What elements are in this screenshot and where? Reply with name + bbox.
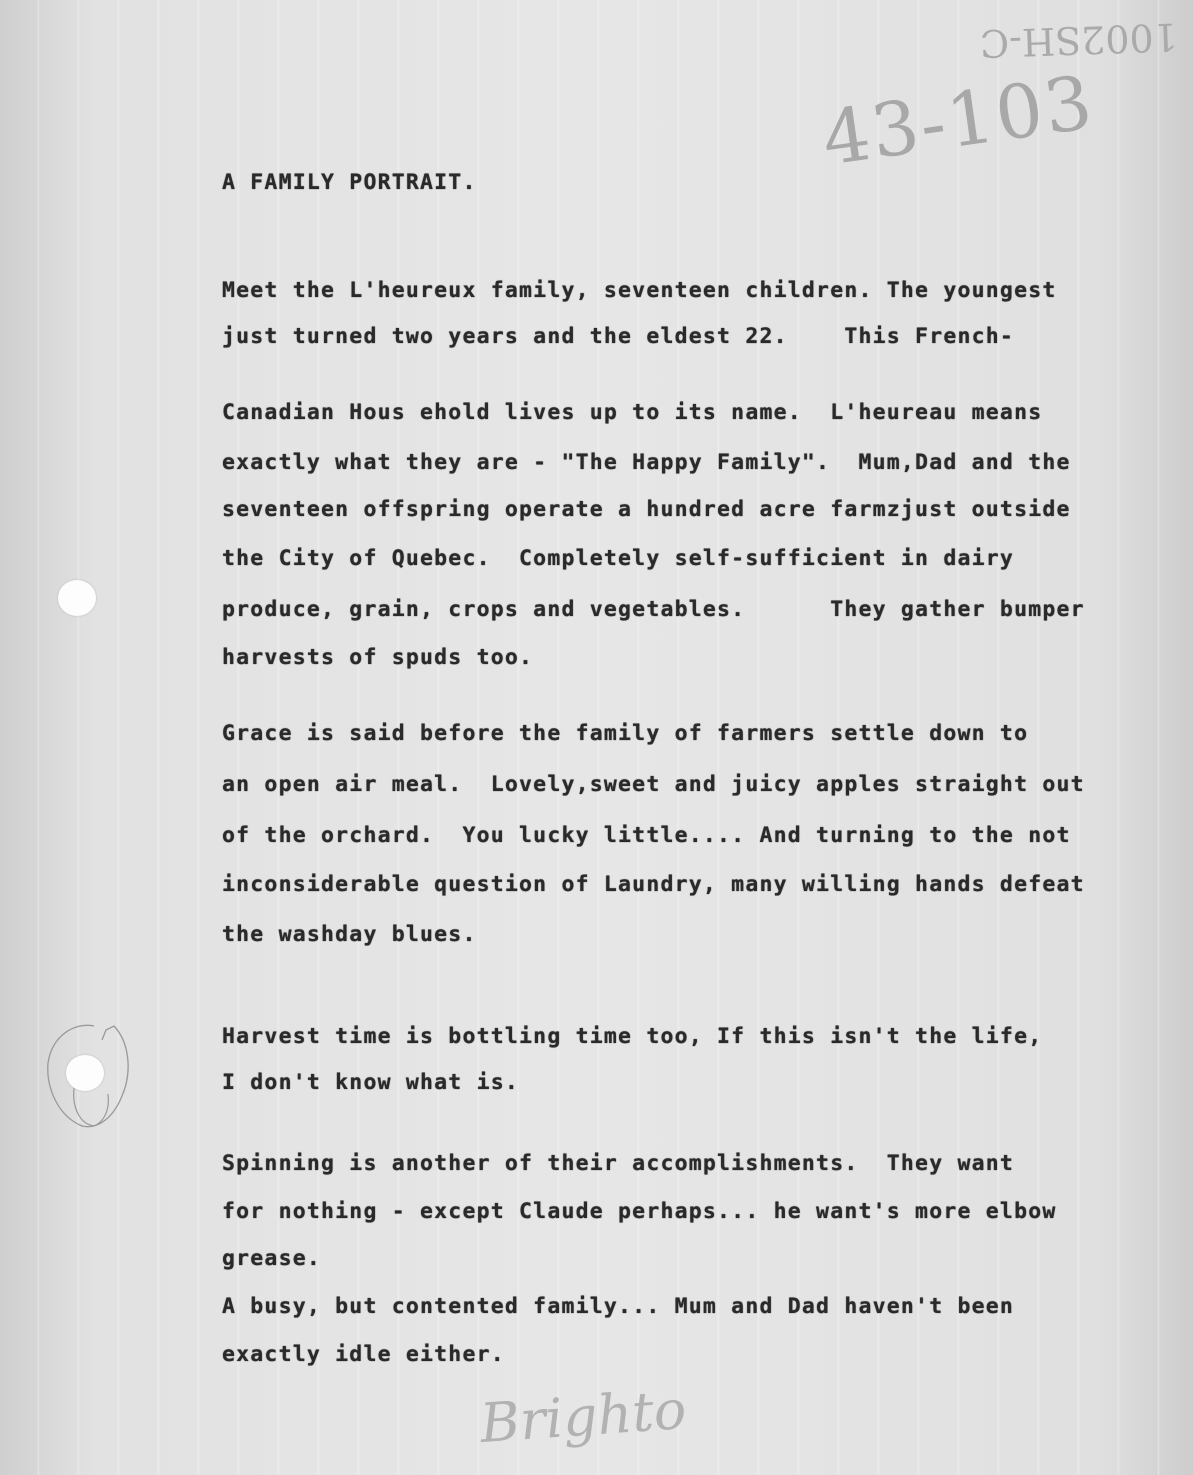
text-line: produce, grain, crops and vegetables. Th… <box>222 597 1085 622</box>
signature: Brighto <box>478 1378 688 1455</box>
text-line: Harvest time is bottling time too, If th… <box>222 1024 1042 1049</box>
text-line: the washday blues. <box>222 922 477 947</box>
text-line: an open air meal. Lovely,sweet and juicy… <box>222 772 1085 797</box>
text-line: Canadian Hous ehold lives up to its name… <box>222 400 1042 425</box>
reference-number: 43-103 <box>817 59 1099 182</box>
text-line: Meet the L'heureux family, seventeen chi… <box>222 278 1057 303</box>
punch-hole <box>58 580 96 616</box>
document-title: A FAMILY PORTRAIT. <box>222 170 477 195</box>
pencil-doodle-icon <box>44 1018 134 1130</box>
text-line: Spinning is another of their accomplishm… <box>222 1151 1014 1176</box>
text-line: harvests of spuds too. <box>222 645 533 670</box>
text-line: grease. <box>222 1246 321 1271</box>
text-line: of the orchard. You lucky little.... And… <box>222 823 1071 848</box>
text-line: for nothing - except Claude perhaps... h… <box>222 1199 1057 1224</box>
text-line: I don't know what is. <box>222 1070 519 1095</box>
archive-number: 1002SH-C <box>979 15 1178 66</box>
text-line: the City of Quebec. Completely self-suff… <box>222 546 1014 571</box>
text-line: inconsiderable question of Laundry, many… <box>222 872 1085 897</box>
text-line: seventeen offspring operate a hundred ac… <box>222 497 1071 522</box>
text-line: just turned two years and the eldest 22.… <box>222 324 1014 349</box>
document-page: 1002SH-C 43-103 A FAMILY PORTRAIT. Meet … <box>0 0 1193 1475</box>
text-line: exactly idle either. <box>222 1342 505 1367</box>
text-line: Grace is said before the family of farme… <box>222 721 1028 746</box>
text-line: A busy, but contented family... Mum and … <box>222 1294 1014 1319</box>
text-line: exactly what they are - "The Happy Famil… <box>222 450 1071 475</box>
